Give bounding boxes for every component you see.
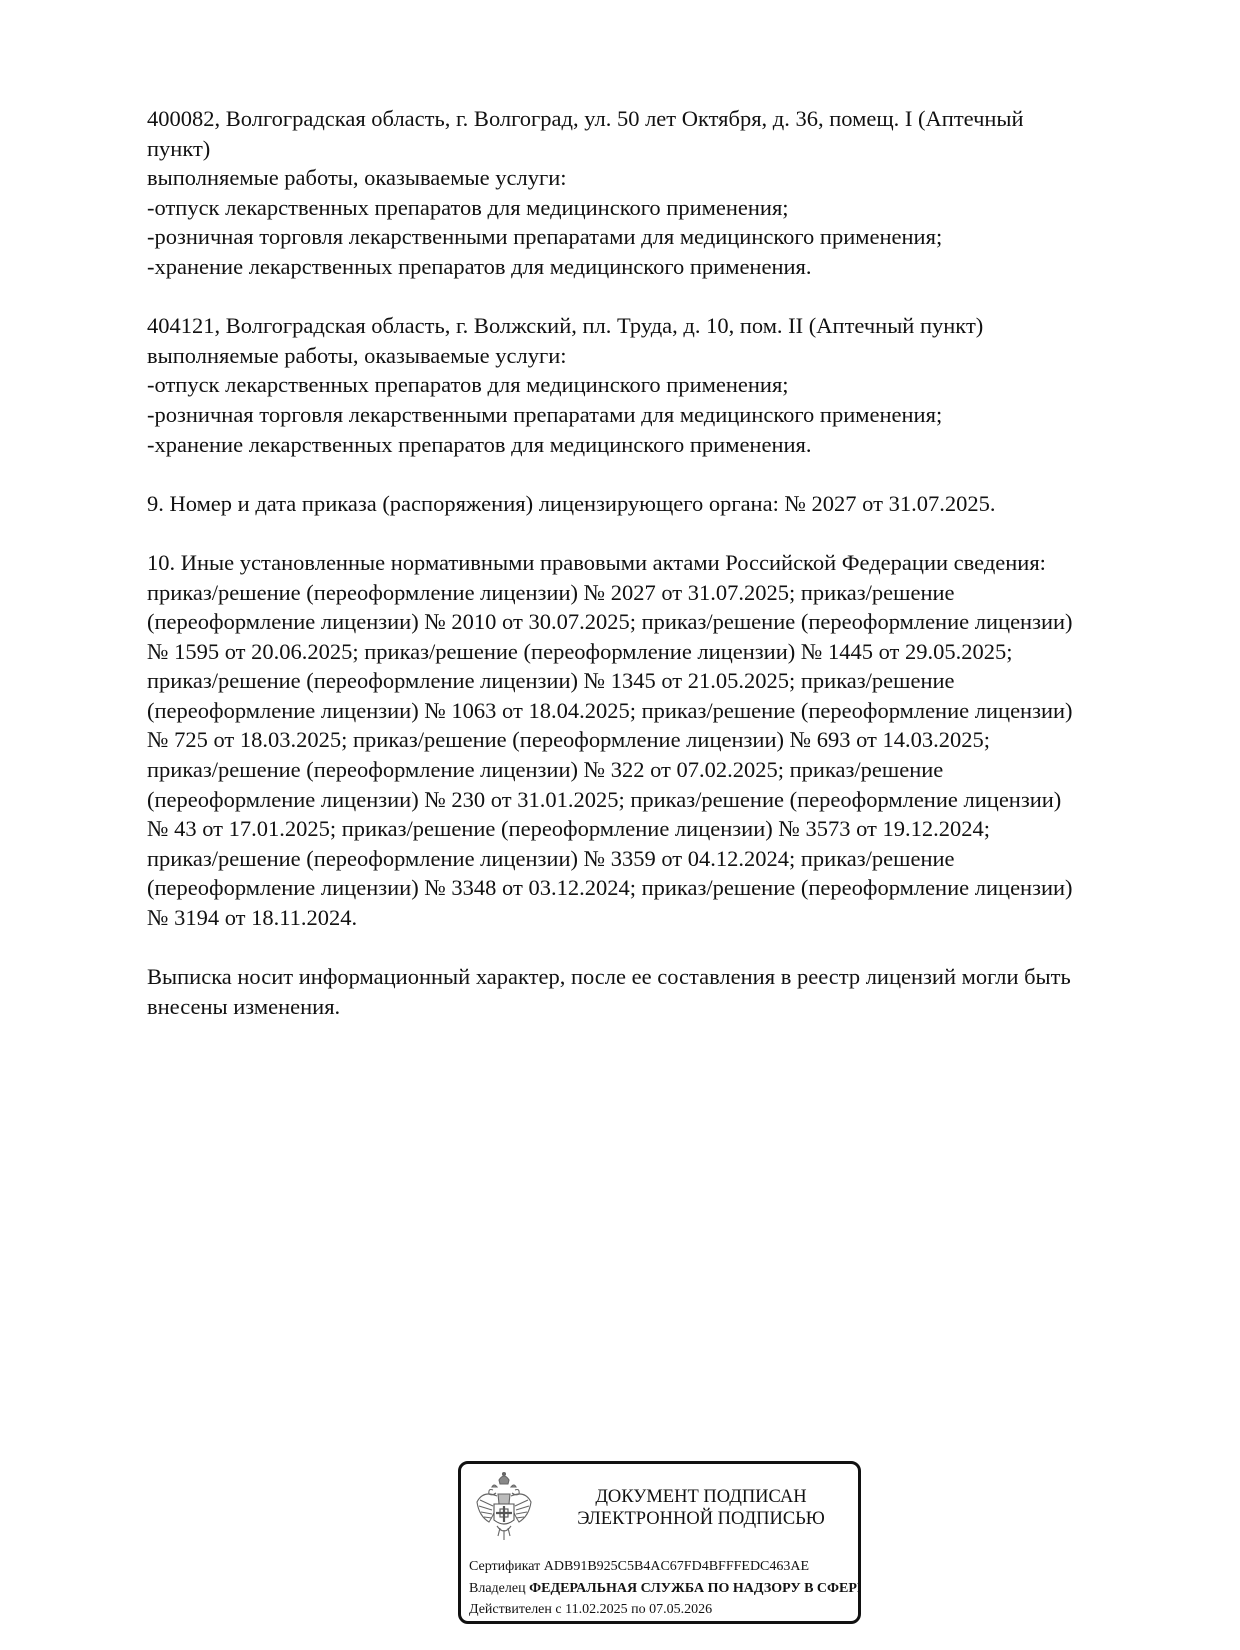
signature-title-line1: ДОКУМЕНТ ПОДПИСАН [551,1486,851,1508]
certificate-label: Сертификат [469,1559,540,1574]
text-line: -отпуск лекарственных препаратов для мед… [147,370,1147,400]
text-line: -розничная торговля лекарственными препа… [147,222,1147,252]
text-line: № 3194 от 18.11.2024. [147,903,1147,933]
validity-row: Действителен с 11.02.2025 по 07.05.2026 [469,1599,861,1621]
paragraph: 9. Номер и дата приказа (распоряжения) л… [147,489,1147,519]
owner-value: ФЕДЕРАЛЬНАЯ СЛУЖБА ПО НАДЗОРУ В СФЕРЕ ЗД… [529,1581,861,1596]
paragraph: 400082, Волгоградская область, г. Волгог… [147,104,1147,282]
certificate-row: Сертификат ADB91B925C5B4AC67FD4BFFFEDC46… [469,1556,861,1578]
text-line: -розничная торговля лекарственными препа… [147,400,1147,430]
text-line: 400082, Волгоградская область, г. Волгог… [147,104,1147,134]
text-line: -хранение лекарственных препаратов для м… [147,430,1147,460]
signature-title: ДОКУМЕНТ ПОДПИСАН ЭЛЕКТРОННОЙ ПОДПИСЬЮ [551,1486,851,1530]
text-line: пункт) [147,134,1147,164]
text-line: № 43 от 17.01.2025; приказ/решение (пере… [147,814,1147,844]
document-page: 400082, Волгоградская область, г. Волгог… [0,0,1240,1650]
russian-coat-of-arms-icon [473,1470,535,1544]
electronic-signature-stamp: ДОКУМЕНТ ПОДПИСАН ЭЛЕКТРОННОЙ ПОДПИСЬЮ С… [458,1461,861,1624]
text-line: (переоформление лицензии) № 230 от 31.01… [147,785,1147,815]
text-line: приказ/решение (переоформление лицензии)… [147,844,1147,874]
text-line: 404121, Волгоградская область, г. Волжск… [147,311,1147,341]
text-line: приказ/решение (переоформление лицензии)… [147,755,1147,785]
text-line: 9. Номер и дата приказа (распоряжения) л… [147,489,1147,519]
text-line: выполняемые работы, оказываемые услуги: [147,341,1147,371]
paragraph: 404121, Волгоградская область, г. Волжск… [147,311,1147,459]
text-line: № 725 от 18.03.2025; приказ/решение (пер… [147,725,1147,755]
text-line: выполняемые работы, оказываемые услуги: [147,163,1147,193]
owner-label: Владелец [469,1581,526,1596]
text-line: приказ/решение (переоформление лицензии)… [147,666,1147,696]
paragraph-gap [147,459,1147,489]
text-line: внесены изменения. [147,992,1147,1022]
document-body: 400082, Волгоградская область, г. Волгог… [147,104,1147,1021]
signature-details: Сертификат ADB91B925C5B4AC67FD4BFFFEDC46… [469,1556,861,1621]
text-line: (переоформление лицензии) № 2010 от 30.0… [147,607,1147,637]
certificate-value: ADB91B925C5B4AC67FD4BFFFEDC463AE [544,1559,809,1574]
text-line: приказ/решение (переоформление лицензии)… [147,578,1147,608]
text-line: -отпуск лекарственных препаратов для мед… [147,193,1147,223]
text-line: -хранение лекарственных препаратов для м… [147,252,1147,282]
paragraph-gap [147,282,1147,312]
paragraph: 10. Иные установленные нормативными прав… [147,548,1147,933]
owner-row: Владелец ФЕДЕРАЛЬНАЯ СЛУЖБА ПО НАДЗОРУ В… [469,1578,861,1600]
text-line: (переоформление лицензии) № 1063 от 18.0… [147,696,1147,726]
text-line: Выписка носит информационный характер, п… [147,962,1147,992]
text-line: (переоформление лицензии) № 3348 от 03.1… [147,873,1147,903]
text-line: 10. Иные установленные нормативными прав… [147,548,1147,578]
text-line: № 1595 от 20.06.2025; приказ/решение (пе… [147,637,1147,667]
paragraph: Выписка носит информационный характер, п… [147,962,1147,1021]
paragraph-gap [147,518,1147,548]
paragraph-gap [147,933,1147,963]
signature-title-line2: ЭЛЕКТРОННОЙ ПОДПИСЬЮ [551,1508,851,1530]
